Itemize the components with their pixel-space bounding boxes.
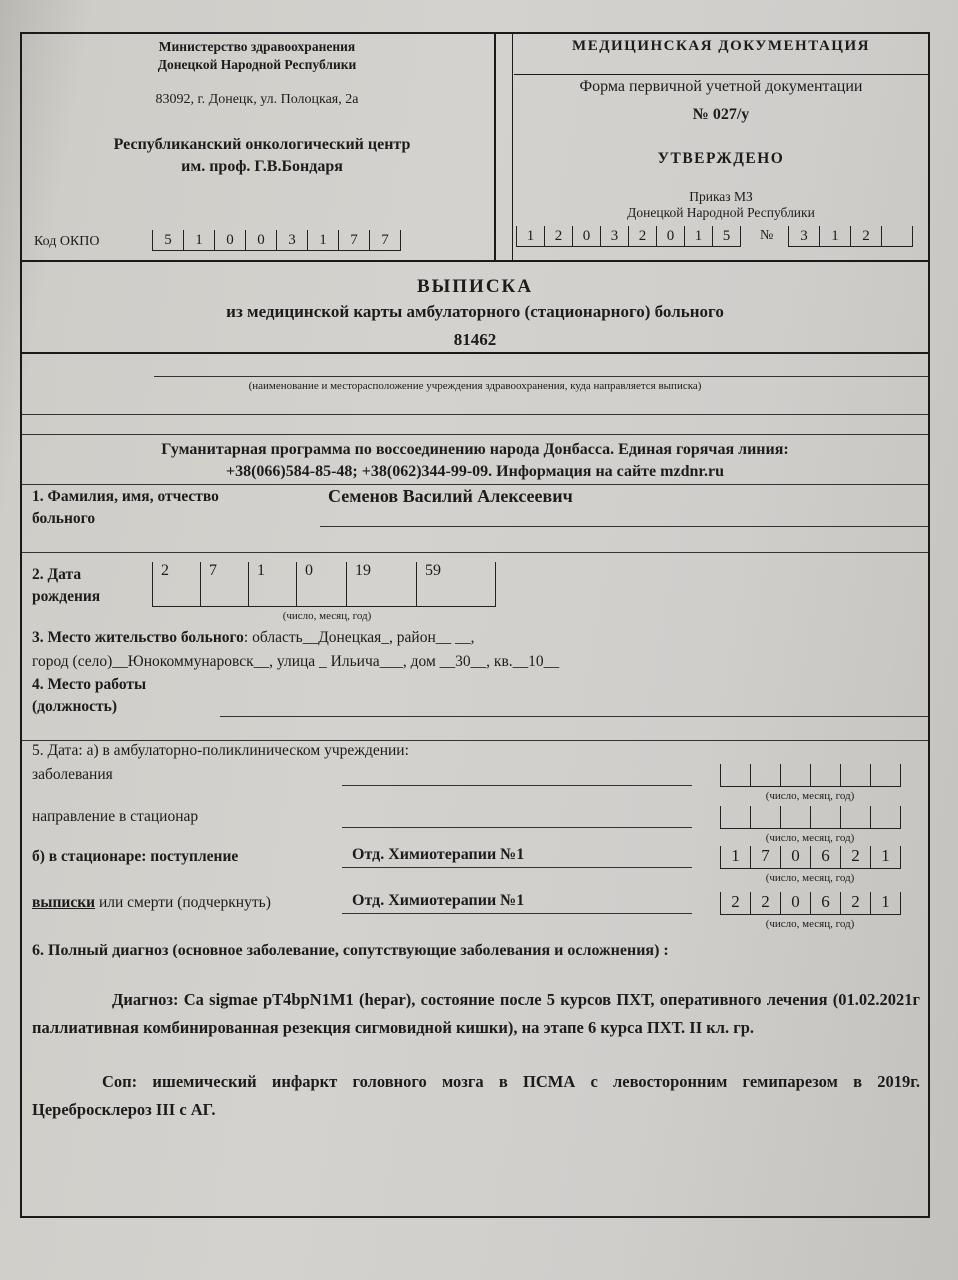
medical-documentation-title: МЕДИЦИНСКАЯ ДОКУМЕНТАЦИЯ <box>514 38 928 55</box>
date-digit <box>720 764 750 786</box>
birth-date-digit: 19 <box>346 562 416 606</box>
birth-date-label: 2. Дата рождения <box>32 564 100 608</box>
date-digit <box>750 764 780 786</box>
okpo-digit: 5 <box>152 230 183 250</box>
date-digit: 2 <box>720 892 750 914</box>
diagnosis-heading: 6. Полный диагноз (основное заболевание,… <box>32 942 669 960</box>
ministry-name: Министерство здравоохранения Донецкой На… <box>82 38 432 74</box>
date-digit: 2 <box>840 892 870 914</box>
order-date-digit: 3 <box>600 226 628 246</box>
date-digit <box>870 806 901 828</box>
okpo-digit: 0 <box>245 230 276 250</box>
department-field[interactable]: Отд. Химиотерапии №1 <box>342 846 692 868</box>
date-caption: (число, месяц, год) <box>722 872 898 884</box>
date-boxes: 220621 <box>720 892 901 915</box>
order-date-digit: 2 <box>544 226 572 246</box>
date-digit: 0 <box>780 846 810 868</box>
date-digit: 1 <box>870 892 901 914</box>
order-number-digit: 1 <box>819 226 850 246</box>
order-date-digit: 2 <box>628 226 656 246</box>
date-boxes <box>720 764 901 787</box>
okpo-digit: 1 <box>183 230 214 250</box>
form-label: Форма первичной учетной документации <box>514 78 928 96</box>
residence: 3. Место жительство больного: область__Д… <box>32 626 559 674</box>
department-field[interactable] <box>342 806 692 828</box>
date-digit: 1 <box>720 846 750 868</box>
header-divider-inner <box>512 34 513 260</box>
okpo-digit: 7 <box>338 230 369 250</box>
diagnosis-text: Диагноз: Ca sigmae pT4bpN1M1 (hepar), со… <box>32 986 920 1042</box>
order-number-sign: № <box>760 228 773 244</box>
workplace-label: 4. Место работы (должность) <box>32 674 146 718</box>
dates-heading: 5. Дата: а) в амбулаторно-поликлиническо… <box>32 742 409 760</box>
birth-date-digit: 59 <box>416 562 496 606</box>
date-digit <box>780 764 810 786</box>
form-number: № 027/у <box>514 106 928 124</box>
date-row-label: выписки или смерти (подчеркнуть) <box>32 894 271 912</box>
birth-date-digit: 7 <box>200 562 248 606</box>
approved-label: УТВЕРЖДЕНО <box>514 150 928 168</box>
institution-name: Республиканский онкологический центр им.… <box>52 134 472 178</box>
header-divider <box>494 34 496 260</box>
order-date-digit: 0 <box>572 226 600 246</box>
order-date-digit: 0 <box>656 226 684 246</box>
document-subtitle: из медицинской карты амбулаторного (стац… <box>22 302 928 322</box>
date-digit <box>810 764 840 786</box>
date-digit: 6 <box>810 892 840 914</box>
order-date-boxes: 12032015 <box>516 226 741 247</box>
department-field[interactable] <box>342 764 692 786</box>
order-date-digit: 1 <box>684 226 712 246</box>
date-row-label: б) в стационаре: поступление <box>32 848 238 866</box>
date-digit: 7 <box>750 846 780 868</box>
birth-date-digit: 1 <box>248 562 296 606</box>
date-digit: 2 <box>840 846 870 868</box>
residence-line2: город (село)__Юнокоммунаровск__, улица _… <box>32 650 559 674</box>
okpo-digit: 7 <box>369 230 401 250</box>
date-digit <box>810 806 840 828</box>
date-digit: 1 <box>870 846 901 868</box>
date-digit: 2 <box>750 892 780 914</box>
comorbidities-text: Соп: ишемический инфаркт головного мозга… <box>32 1068 920 1124</box>
date-caption: (число, месяц, год) <box>722 832 898 844</box>
order-date-digit: 5 <box>712 226 741 246</box>
date-digit <box>750 806 780 828</box>
okpo-label: Код ОКПО <box>34 234 100 250</box>
date-digit <box>840 806 870 828</box>
order-number-digit: 3 <box>788 226 819 246</box>
birth-date-digit: 2 <box>152 562 200 606</box>
document-title: ВЫПИСКА <box>22 276 928 298</box>
workplace-field[interactable] <box>220 698 928 717</box>
okpo-digit: 1 <box>307 230 338 250</box>
date-caption: (число, месяц, год) <box>722 918 898 930</box>
destination-caption: (наименование и месторасположение учрежд… <box>22 380 928 392</box>
patient-name-label: 1. Фамилия, имя, отчество больного <box>32 486 219 530</box>
date-boxes: 170621 <box>720 846 901 869</box>
birth-date-caption: (число, месяц, год) <box>252 610 402 622</box>
residence-line1: 3. Место жительство больного: область__Д… <box>32 626 559 650</box>
date-row-label: заболевания <box>32 766 113 784</box>
okpo-code-boxes: 51003177 <box>152 230 401 251</box>
date-digit: 6 <box>810 846 840 868</box>
order-number-digit: 2 <box>850 226 881 246</box>
approval-order: Приказ МЗ Донецкой Народной Республики <box>514 189 928 221</box>
order-number-digit <box>881 226 913 246</box>
order-number-boxes: 312 <box>788 226 913 247</box>
date-digit <box>840 764 870 786</box>
date-digit: 0 <box>780 892 810 914</box>
date-digit <box>780 806 810 828</box>
institution-address: 83092, г. Донецк, ул. Полоцкая, 2а <box>82 92 432 108</box>
birth-date-boxes: 27101959 <box>152 562 496 607</box>
hotline-notice: Гуманитарная программа по воссоединению … <box>22 439 928 483</box>
order-date-digit: 1 <box>516 226 544 246</box>
destination-field[interactable] <box>154 358 928 377</box>
date-row-label: направление в стационар <box>32 808 198 826</box>
date-digit <box>720 806 750 828</box>
card-number: 81462 <box>22 330 928 350</box>
birth-date-digit: 0 <box>296 562 346 606</box>
date-caption: (число, месяц, год) <box>722 790 898 802</box>
form-sheet: Министерство здравоохранения Донецкой На… <box>20 32 930 1218</box>
date-digit <box>870 764 901 786</box>
date-boxes <box>720 806 901 829</box>
okpo-digit: 3 <box>276 230 307 250</box>
department-field[interactable]: Отд. Химиотерапии №1 <box>342 892 692 914</box>
okpo-digit: 0 <box>214 230 245 250</box>
patient-name-value: Семенов Василий Алексеевич <box>328 486 573 507</box>
